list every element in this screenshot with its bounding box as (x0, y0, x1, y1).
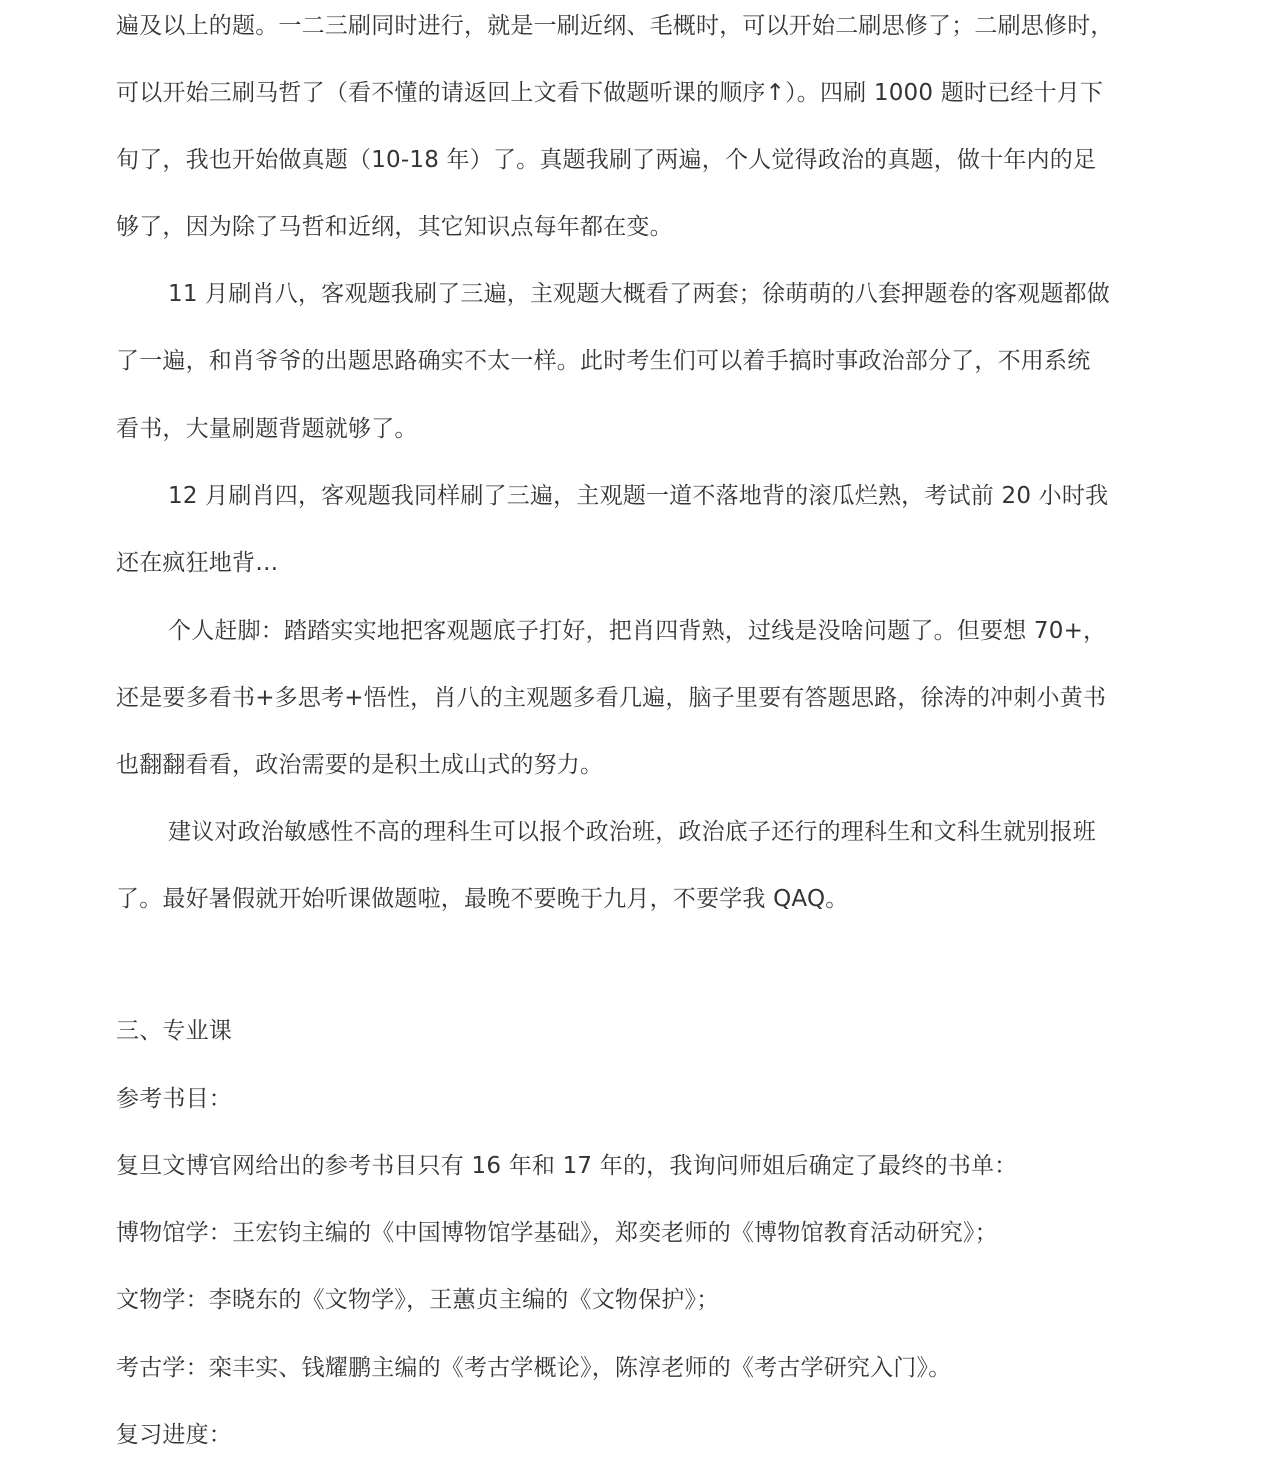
paragraph-line: 看书，大量刷题背题就够了。 (116, 409, 418, 449)
reference-books-intro: 复旦文博官网给出的参考书目只有 16 年和 17 年的，我询问师姐后确定了最终的… (116, 1146, 1017, 1186)
paragraph-line: 还在疯狂地背… (116, 543, 278, 583)
paragraph-line: 建议对政治敏感性不高的理科生可以报个政治班，政治底子还行的理科生和文科生就别报班 (168, 812, 1096, 852)
paragraph-line: 旬了，我也开始做真题（10-18 年）了。真题我刷了两遍，个人觉得政治的真题，做… (116, 140, 1096, 180)
paragraph-line: 也翻翻看看，政治需要的是积土成山式的努力。 (116, 745, 603, 785)
section-heading: 三、专业课 (116, 1011, 232, 1051)
paragraph-line: 11 月刷肖八，客观题我刷了三遍，主观题大概看了两套；徐萌萌的八套押题卷的客观题… (168, 274, 1110, 314)
paragraph-line: 可以开始三刷马哲了（看不懂的请返回上文看下做题听课的顺序↑）。四刷 1000 题… (116, 73, 1103, 113)
review-progress-label: 复习进度： (116, 1415, 232, 1455)
paragraph-line: 个人赶脚：踏踏实实地把客观题底子打好，把肖四背熟，过线是没啥问题了。但要想 70… (168, 611, 1106, 651)
book-list-item-cultural-relics: 文物学：李晓东的《文物学》，王蕙贞主编的《文物保护》； (116, 1280, 719, 1320)
paragraph-line: 了。最好暑假就开始听课做题啦，最晚不要晚于九月，不要学我 QAQ。 (116, 879, 848, 919)
paragraph-line: 12 月刷肖四，客观题我同样刷了三遍，主观题一道不落地背的滚瓜烂熟，考试前 20… (168, 476, 1108, 516)
book-list-item-museology: 博物馆学：王宏钧主编的《中国博物馆学基础》，郑奕老师的《博物馆教育活动研究》； (116, 1213, 998, 1253)
paragraph-line: 还是要多看书+多思考+悟性，肖八的主观题多看几遍，脑子里要有答题思路，徐涛的冲刺… (116, 678, 1106, 718)
book-list-item-archaeology: 考古学：栾丰实、钱耀鹏主编的《考古学概论》，陈淳老师的《考古学研究入门》。 (116, 1348, 951, 1388)
paragraph-line: 了一遍，和肖爷爷的出题思路确实不太一样。此时考生们可以着手搞时事政治部分了，不用… (116, 341, 1090, 381)
paragraph-line: 遍及以上的题。一二三刷同时进行，就是一刷近纲、毛概时，可以开始二刷思修了；二刷思… (116, 6, 1114, 46)
paragraph-line: 够了，因为除了马哲和近纲，其它知识点每年都在变。 (116, 207, 673, 247)
reference-books-label: 参考书目： (116, 1079, 232, 1119)
